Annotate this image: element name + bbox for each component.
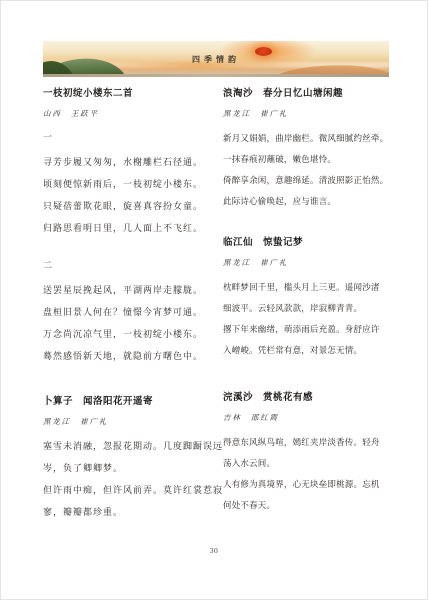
poem-line: 此际诗心偷唤起，应与谁言。 (223, 197, 389, 206)
poem-line: 塞雪未消融，忽报花期动。几度踟蹰误远 (43, 442, 209, 451)
poem-line: 荡入水云间。 (223, 459, 389, 468)
banner-base-strip (43, 74, 389, 77)
poem-block: 一枝初绽小楼东二首 山西 王跃平 一 寻芳步履又匆匆，水榭雕栏石径通。 顷刻便惊… (43, 89, 209, 361)
poem-title: 一枝初绽小楼东二首 (43, 89, 209, 99)
poem-line: 一抹春痕初蘸破，嫩色堪怜。 (223, 155, 389, 164)
poem-author: 黑龙江 崔广礼 (43, 418, 209, 426)
poem-title: 卜算子 闻洛阳花开遥寄 (43, 397, 209, 407)
poem-line: 盘桓旧景人何在？憧憬今宵梦可通。 (43, 308, 209, 317)
poem-line: 入嶒峻。凭栏常有意，对景怎无情。 (223, 346, 389, 355)
poem-line: 枕畔梦回千里，槛头月上三更。遥闻沙渚 (223, 283, 389, 292)
poem-line: 细波平。云轻风款款，岸寂柳青青。 (223, 304, 389, 313)
magazine-page: 四季情韵 一枝初绽小楼东二首 山西 王跃平 一 寻芳步履又匆匆，水榭雕栏石径通。… (0, 0, 428, 600)
poem-line: 何处不春天。 (223, 501, 389, 510)
part-marker: 一 (43, 133, 209, 142)
poem-title: 临江仙 惊蛰记梦 (223, 238, 389, 248)
part-marker: 二 (43, 261, 209, 270)
poem-line: 只疑蓓蕾欺花眼，旋喜真容扮女童。 (43, 202, 209, 211)
poem-author: 黑龙江 崔广礼 (223, 259, 389, 267)
poem-block: 卜算子 闻洛阳花开遥寄 黑龙江 崔广礼 塞雪未消融，忽报花期动。几度踟蹰误远 岑… (43, 397, 209, 517)
poem-line: 倚醉享余闲，意趣绵延。清波照影正怡然。 (223, 176, 389, 185)
poem-line: 新月又娟娟，曲岸幽栏。微风细腻约丝牵。 (223, 134, 389, 143)
poem-line: 万念尚沉凉气里，一枝初绽小楼东。 (43, 330, 209, 339)
poem-block: 浣溪沙 赏桃花有感 吉林 邵红霞 得意东风纵鸟喧，嫣红夹岸淡香传。轻舟 荡入水云… (223, 393, 389, 510)
poem-columns: 一枝初绽小楼东二首 山西 王跃平 一 寻芳步履又匆匆，水榭雕栏石径通。 顷刻便惊… (43, 89, 389, 517)
poem-title: 浪淘沙 春分日忆山塘闲趣 (223, 89, 389, 99)
right-column: 浪淘沙 春分日忆山塘闲趣 黑龙江 崔广礼 新月又娟娟，曲岸幽栏。微风细腻约丝牵。… (223, 89, 389, 517)
poem-author: 吉林 邵红霞 (223, 414, 389, 422)
poem-title: 浣溪沙 赏桃花有感 (223, 393, 389, 403)
poem-author: 山西 王跃平 (43, 110, 209, 118)
poem-line: 人有修为真境界，心无块垒即桃源。忘机 (223, 480, 389, 489)
poem-line: 归路思看明日里，几人面上不飞红。 (43, 224, 209, 233)
poem-block: 临江仙 惊蛰记梦 黑龙江 崔广礼 枕畔梦回千里，槛头月上三更。遥闻沙渚 细波平。… (223, 238, 389, 355)
poem-block: 浪淘沙 春分日忆山塘闲趣 黑龙江 崔广礼 新月又娟娟，曲岸幽栏。微风细腻约丝牵。… (223, 89, 389, 206)
poem-line: 顷刻便惊新雨后，一枝初绽小楼东。 (43, 180, 209, 189)
left-column: 一枝初绽小楼东二首 山西 王跃平 一 寻芳步履又匆匆，水榭雕栏石径通。 顷刻便惊… (43, 89, 209, 517)
poem-line: 岑，负了卿卿梦。 (43, 464, 209, 473)
poem-line: 送罢星辰挽起风，平湖两岸走朦胧。 (43, 286, 209, 295)
banner-landscape: 四季情韵 (43, 41, 389, 77)
page-number: 30 (1, 546, 427, 555)
poem-line: 寥，瓣瓣都珍重。 (43, 508, 209, 517)
poem-line: 得意东风纵鸟喧，嫣红夹岸淡香传。轻舟 (223, 438, 389, 447)
poem-line: 但许雨中痴，但许风前弄。莫许红裳惹寂 (43, 486, 209, 495)
column-heading: 四季情韵 (43, 54, 389, 65)
poem-line: 撂下年来幽绪，萌添雨后充盈。身舒应许 (223, 325, 389, 334)
poem-author: 黑龙江 崔广礼 (223, 110, 389, 118)
poem-line: 蓦然感悟新天地，就隐前方曙色中。 (43, 352, 209, 361)
poem-line: 寻芳步履又匆匆，水榭雕栏石径通。 (43, 158, 209, 167)
